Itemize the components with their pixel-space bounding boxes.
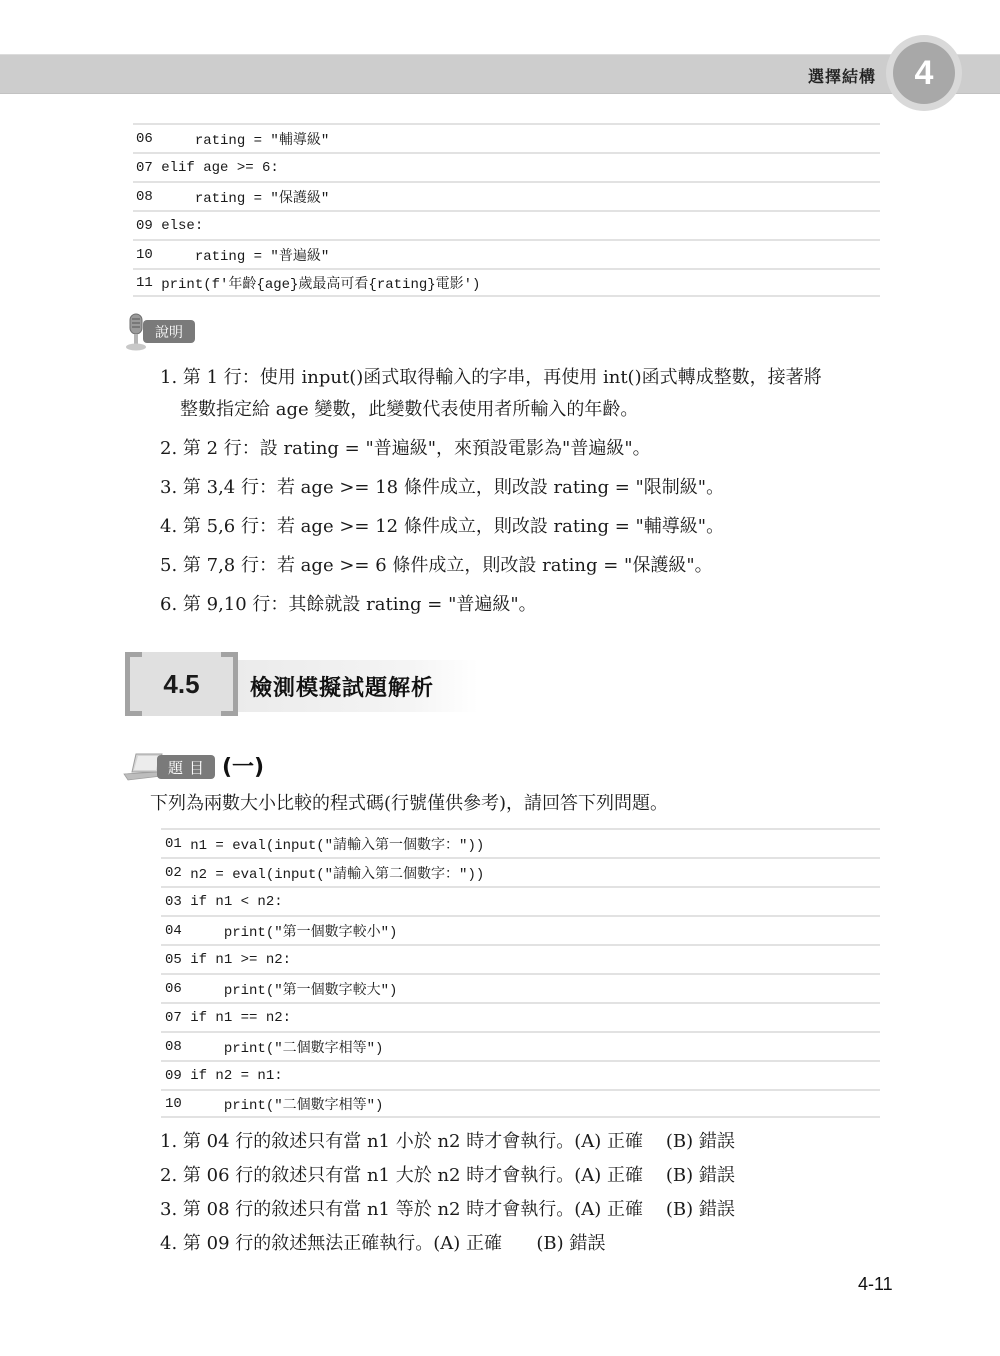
explanation-item: 3. 第 3,4 行：若 age >= 18 條件成立，則改設 rating =…	[160, 472, 890, 504]
code-text: if n1 < n2:	[190, 894, 282, 910]
code-line: 07 elif age >= 6:	[133, 152, 880, 181]
book-page: 選擇結構 4 06 rating = "輔導級" 07 elif age >= …	[0, 0, 1000, 1356]
explanation-text-continued: 整數指定給 age 變數，此變數代表使用者所輸入的年齡。	[160, 394, 890, 426]
line-number: 01	[165, 836, 182, 852]
code-text: print(f'年齡{age}歲最高可看{rating}電影')	[161, 273, 480, 293]
code-text: n2 = eval(input("請輸入第二個數字："))	[190, 863, 484, 883]
line-number: 05	[165, 952, 182, 968]
line-number: 08	[165, 1039, 182, 1055]
chapter-title: 選擇結構	[808, 64, 876, 87]
code-block-compare: 01 n1 = eval(input("請輸入第一個數字：")) 02 n2 =…	[161, 828, 880, 1118]
code-text: rating = "普遍級"	[161, 245, 329, 265]
section-title: 檢測模擬試題解析	[250, 671, 434, 702]
line-number: 02	[165, 865, 182, 881]
explanation-item: 4. 第 5,6 行：若 age >= 12 條件成立，則改設 rating =…	[160, 511, 890, 543]
question-item: 1. 第 04 行的敘述只有當 n1 小於 n2 時才會執行。(A) 正確 (B…	[160, 1125, 880, 1159]
code-line: 08 rating = "保護級"	[133, 181, 880, 210]
code-text: print("第一個數字較小")	[190, 921, 397, 941]
explanation-list: 1. 第 1 行：使用 input()函式取得輸入的字串，再使用 int()函式…	[160, 362, 890, 628]
code-text: rating = "輔導級"	[161, 129, 329, 149]
code-text: print("二個數字相等")	[190, 1037, 383, 1057]
line-number: 11	[136, 275, 153, 291]
code-text: else:	[161, 218, 203, 234]
code-line: 03 if n1 < n2:	[161, 886, 880, 915]
code-line: 11 print(f'年齡{age}歲最高可看{rating}電影')	[133, 268, 880, 297]
question-item: 3. 第 08 行的敘述只有當 n1 等於 n2 時才會執行。(A) 正確 (B…	[160, 1193, 880, 1227]
page-number: 4-11	[858, 1274, 893, 1295]
line-number: 10	[136, 247, 153, 263]
code-line: 02 n2 = eval(input("請輸入第二個數字："))	[161, 857, 880, 886]
line-number: 03	[165, 894, 182, 910]
code-text: elif age >= 6:	[161, 160, 279, 176]
question-badge: 題目	[157, 755, 215, 779]
line-number: 06	[165, 981, 182, 997]
chapter-number-badge: 4	[893, 42, 955, 104]
code-line: 06 print("第一個數字較大")	[161, 973, 880, 1002]
code-text: rating = "保護級"	[161, 187, 329, 207]
code-text: print("二個數字相等")	[190, 1094, 383, 1114]
line-number: 10	[165, 1096, 182, 1112]
question-list: 1. 第 04 行的敘述只有當 n1 小於 n2 時才會執行。(A) 正確 (B…	[160, 1125, 880, 1261]
code-line: 09 if n2 = n1:	[161, 1060, 880, 1089]
explanation-text: 1. 第 1 行：使用 input()函式取得輸入的字串，再使用 int()函式…	[160, 367, 822, 388]
explanation-item: 2. 第 2 行：設 rating = "普遍級"，來預設電影為"普遍級"。	[160, 433, 890, 465]
code-line: 10 rating = "普遍級"	[133, 239, 880, 268]
explanation-item: 1. 第 1 行：使用 input()函式取得輸入的字串，再使用 int()函式…	[160, 362, 890, 426]
line-number: 08	[136, 189, 153, 205]
code-text: if n1 == n2:	[190, 1010, 291, 1026]
code-line: 01 n1 = eval(input("請輸入第一個數字："))	[161, 828, 880, 857]
explanation-item: 5. 第 7,8 行：若 age >= 6 條件成立，則改設 rating = …	[160, 550, 890, 582]
section-number: 4.5	[125, 652, 238, 716]
question-prompt: 下列為兩數大小比較的程式碼(行號僅供參考)，請回答下列問題。	[150, 789, 668, 815]
line-number: 06	[136, 131, 153, 147]
line-number: 07	[136, 160, 153, 176]
code-block-rating: 06 rating = "輔導級" 07 elif age >= 6: 08 r…	[133, 123, 880, 297]
line-number: 07	[165, 1010, 182, 1026]
explanation-item: 6. 第 9,10 行：其餘就設 rating = "普遍級"。	[160, 589, 890, 621]
question-number: (一)	[222, 750, 264, 781]
code-line: 05 if n1 >= n2:	[161, 944, 880, 973]
code-line: 10 print("二個數字相等")	[161, 1089, 880, 1118]
code-text: print("第一個數字較大")	[190, 979, 397, 999]
code-text: if n1 >= n2:	[190, 952, 291, 968]
code-line: 08 print("二個數字相等")	[161, 1031, 880, 1060]
explanation-badge: 說明	[143, 320, 195, 343]
code-line: 09 else:	[133, 210, 880, 239]
line-number: 09	[165, 1068, 182, 1084]
line-number: 04	[165, 923, 182, 939]
code-line: 04 print("第一個數字較小")	[161, 915, 880, 944]
code-line: 06 rating = "輔導級"	[133, 123, 880, 152]
line-number: 09	[136, 218, 153, 234]
code-line: 07 if n1 == n2:	[161, 1002, 880, 1031]
code-text: n1 = eval(input("請輸入第一個數字："))	[190, 834, 484, 854]
code-text: if n2 = n1:	[190, 1068, 282, 1084]
question-item: 2. 第 06 行的敘述只有當 n1 大於 n2 時才會執行。(A) 正確 (B…	[160, 1159, 880, 1193]
question-item: 4. 第 09 行的敘述無法正確執行。(A) 正確 (B) 錯誤	[160, 1227, 880, 1261]
